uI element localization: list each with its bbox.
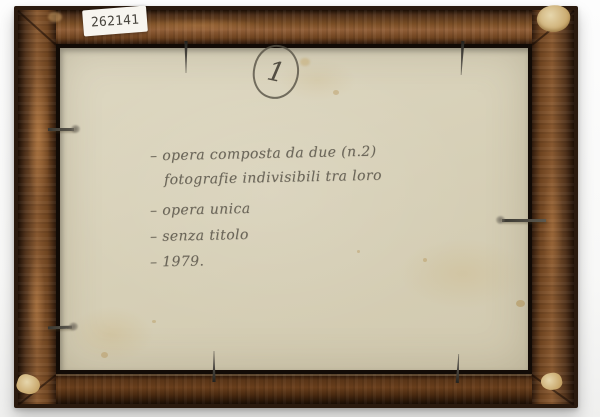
stain bbox=[333, 90, 339, 95]
photo-of-frame-back: 262141 1 – opera composta da due (n.2) f… bbox=[0, 0, 600, 417]
stain bbox=[357, 250, 360, 253]
glazing-nail-left-upper bbox=[48, 128, 74, 131]
glazing-nail-right-middle bbox=[502, 219, 546, 222]
stain bbox=[423, 258, 427, 262]
circled-number-annotation: 1 bbox=[248, 41, 304, 103]
corner-chip-bottom-right bbox=[539, 371, 563, 392]
corner-chip-bottom-left bbox=[15, 372, 43, 397]
stain bbox=[101, 352, 108, 358]
sticker-number: 262141 bbox=[90, 12, 139, 30]
handwritten-note-line: – 1979. bbox=[150, 253, 205, 270]
handwritten-note-line: – senza titolo bbox=[150, 227, 249, 245]
stain bbox=[300, 58, 310, 66]
annotations-layer: 262141 1 – opera composta da due (n.2) f… bbox=[0, 0, 600, 417]
glazing-nail-top-left bbox=[184, 41, 188, 73]
handwritten-note-line: fotografie indivisibili tra loro bbox=[164, 168, 382, 189]
corner-chip-top-right bbox=[535, 3, 571, 34]
scuff-top-left bbox=[48, 12, 62, 22]
glazing-nail-top-right bbox=[459, 41, 465, 75]
stain bbox=[516, 300, 525, 307]
handwritten-note-line: – opera composta da due (n.2) bbox=[150, 144, 377, 165]
stain bbox=[152, 320, 156, 323]
handwritten-note-line: – opera unica bbox=[150, 201, 251, 219]
circled-number-digit: 1 bbox=[264, 55, 287, 89]
glazing-nail-bottom-right bbox=[455, 354, 461, 383]
glazing-nail-left-lower bbox=[48, 326, 72, 330]
glazing-nail-bottom-left bbox=[212, 351, 216, 382]
inventory-sticker: 262141 bbox=[82, 6, 148, 37]
